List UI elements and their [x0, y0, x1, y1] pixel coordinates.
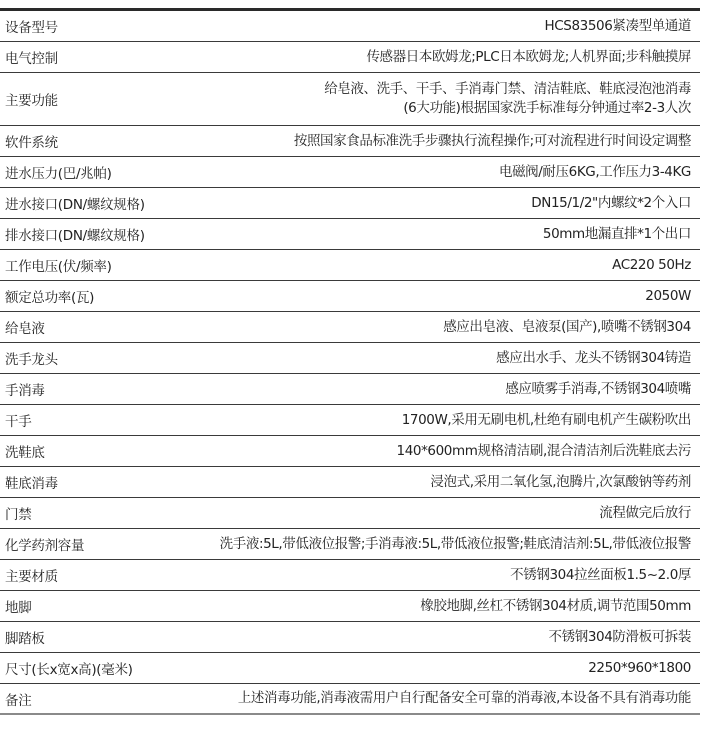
spec-row-hand-dryer: 干手 1700W,采用无刷电机,杜绝有刷电机产生碳粉吹出 — [0, 405, 700, 436]
spec-value: 电磁阀/耐压6KG,工作压力3-4KG — [499, 163, 691, 182]
spec-row-inlet-connection: 进水接口(DN/螺纹规格) DN15/1/2"内螺纹*2个入口 — [0, 188, 700, 219]
spec-value: 按照国家食品标准洗手步骤执行流程操作;可对流程进行时间设定调整 — [294, 132, 691, 151]
spec-label: 主要功能 — [5, 89, 58, 109]
spec-value: 感应出皂液、皂液泵(国产),喷嘴不锈钢304 — [443, 318, 691, 337]
spec-value: 不锈钢304拉丝面板1.5~2.0厚 — [510, 566, 691, 585]
spec-row-remarks: 备注 上述消毒功能,消毒液需用户自行配备安全可靠的消毒液,本设备不具有消毒功能 — [0, 684, 700, 715]
spec-value: HCS83506紧凑型单通道 — [545, 17, 692, 36]
spec-row-main-functions: 主要功能 给皂液、洗手、干手、手消毒门禁、清洁鞋底、鞋底浸泡池消毒 (6大功能)… — [0, 73, 700, 126]
spec-value: 140*600mm规格清洁刷,混合清洁剂后洗鞋底去污 — [397, 442, 691, 461]
spec-label: 化学药剂容量 — [5, 534, 84, 554]
spec-label: 设备型号 — [5, 16, 58, 36]
spec-value: DN15/1/2"内螺纹*2个入口 — [531, 194, 691, 213]
spec-value-line: (6大功能)根据国家洗手标准每分钟通过率2-3人次 — [324, 99, 691, 118]
spec-value: 给皂液、洗手、干手、手消毒门禁、清洁鞋底、鞋底浸泡池消毒 (6大功能)根据国家洗… — [324, 80, 691, 118]
spec-row-rated-power: 额定总功率(瓦) 2050W — [0, 281, 700, 312]
spec-label: 软件系统 — [5, 131, 58, 151]
spec-label: 地脚 — [5, 596, 31, 616]
spec-label: 备注 — [5, 689, 31, 709]
spec-row-software-system: 软件系统 按照国家食品标准洗手步骤执行流程操作;可对流程进行时间设定调整 — [0, 126, 700, 157]
spec-value: 流程做完后放行 — [599, 504, 691, 523]
spec-value: 感应出水手、龙头不锈钢304铸造 — [496, 349, 691, 368]
spec-value: 感应喷雾手消毒,不锈钢304喷嘴 — [505, 380, 691, 399]
spec-value-line: 给皂液、洗手、干手、手消毒门禁、清洁鞋底、鞋底浸泡池消毒 — [324, 80, 691, 99]
spec-row-working-voltage: 工作电压(伏/频率) AC220 50Hz — [0, 250, 700, 281]
spec-label: 门禁 — [5, 503, 31, 523]
spec-value: 50mm地漏直排*1个出口 — [543, 225, 691, 244]
spec-value: 橡胶地脚,丝杠不锈钢304材质,调节范围50mm — [420, 597, 691, 616]
spec-row-soap-dispenser: 给皂液 感应出皂液、皂液泵(国产),喷嘴不锈钢304 — [0, 312, 700, 343]
spec-label: 鞋底消毒 — [5, 472, 58, 492]
spec-label: 进水压力(巴/兆帕) — [5, 162, 112, 182]
spec-row-chemical-capacity: 化学药剂容量 洗手液:5L,带低液位报警;手消毒液:5L,带低液位报警;鞋底清洁… — [0, 529, 700, 560]
spec-row-inlet-pressure: 进水压力(巴/兆帕) 电磁阀/耐压6KG,工作压力3-4KG — [0, 157, 700, 188]
spec-row-electrical-control: 电气控制 传感器日本欧姆龙;PLC日本欧姆龙;人机界面;步科触摸屏 — [0, 42, 700, 73]
spec-row-main-material: 主要材质 不锈钢304拉丝面板1.5~2.0厚 — [0, 560, 700, 591]
spec-value: 不锈钢304防滑板可拆装 — [549, 628, 691, 647]
spec-label: 进水接口(DN/螺纹规格) — [5, 193, 145, 213]
spec-label: 主要材质 — [5, 565, 58, 585]
spec-label: 给皂液 — [5, 317, 45, 337]
spec-label: 洗手龙头 — [5, 348, 58, 368]
spec-label: 干手 — [5, 410, 31, 430]
spec-label: 电气控制 — [5, 47, 58, 67]
spec-value: 传感器日本欧姆龙;PLC日本欧姆龙;人机界面;步科触摸屏 — [366, 48, 691, 67]
spec-row-model: 设备型号 HCS83506紧凑型单通道 — [0, 11, 700, 42]
spec-row-faucet: 洗手龙头 感应出水手、龙头不锈钢304铸造 — [0, 343, 700, 374]
spec-table: 设备型号 HCS83506紧凑型单通道 电气控制 传感器日本欧姆龙;PLC日本欧… — [0, 8, 700, 715]
spec-value: 2050W — [645, 287, 691, 306]
spec-row-sole-disinfection: 鞋底消毒 浸泡式,采用二氧化氢,泡腾片,次氯酸钠等药剂 — [0, 467, 700, 498]
spec-row-footplate: 脚踏板 不锈钢304防滑板可拆装 — [0, 622, 700, 653]
spec-row-sole-washing: 洗鞋底 140*600mm规格清洁刷,混合清洁剂后洗鞋底去污 — [0, 436, 700, 467]
spec-label: 排水接口(DN/螺纹规格) — [5, 224, 145, 244]
spec-label: 工作电压(伏/频率) — [5, 255, 112, 275]
spec-row-access-gate: 门禁 流程做完后放行 — [0, 498, 700, 529]
spec-row-feet: 地脚 橡胶地脚,丝杠不锈钢304材质,调节范围50mm — [0, 591, 700, 622]
spec-label: 手消毒 — [5, 379, 45, 399]
spec-label: 额定总功率(瓦) — [5, 286, 94, 306]
spec-value: 1700W,采用无刷电机,杜绝有刷电机产生碳粉吹出 — [402, 411, 691, 430]
spec-row-drain-connection: 排水接口(DN/螺纹规格) 50mm地漏直排*1个出口 — [0, 219, 700, 250]
spec-value: 洗手液:5L,带低液位报警;手消毒液:5L,带低液位报警;鞋底清洁剂:5L,带低… — [220, 535, 691, 554]
spec-value: 上述消毒功能,消毒液需用户自行配备安全可靠的消毒液,本设备不具有消毒功能 — [238, 689, 691, 708]
spec-value: 浸泡式,采用二氧化氢,泡腾片,次氯酸钠等药剂 — [430, 473, 691, 492]
spec-row-dimensions: 尺寸(长x宽x高)(毫米) 2250*960*1800 — [0, 653, 700, 684]
spec-row-hand-disinfection: 手消毒 感应喷雾手消毒,不锈钢304喷嘴 — [0, 374, 700, 405]
spec-value: 2250*960*1800 — [588, 659, 691, 678]
spec-value: AC220 50Hz — [612, 256, 691, 275]
spec-label: 尺寸(长x宽x高)(毫米) — [5, 658, 133, 678]
spec-label: 洗鞋底 — [5, 441, 45, 461]
spec-label: 脚踏板 — [5, 627, 45, 647]
